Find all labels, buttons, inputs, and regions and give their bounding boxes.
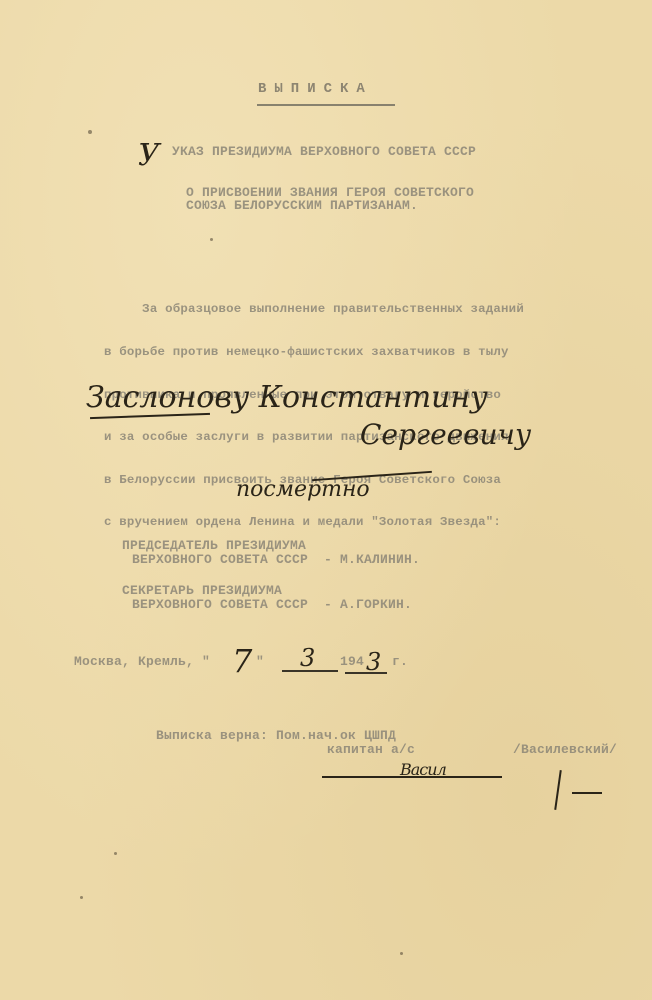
body-line: За образцовое выполнение правительственн…: [104, 302, 524, 316]
certifier-name: /Василевский/: [513, 743, 617, 757]
date-quote-close: ": [256, 655, 264, 669]
decree-subject-line-2: СОЮЗА БЕЛОРУССКИМ ПАРТИЗАНАМ.: [186, 199, 418, 213]
place-label: Москва, Кремль, ": [74, 655, 210, 669]
chairman-signature-line: ВЕРХОВНОГО СОВЕТА СССР - М.КАЛИНИН.: [132, 553, 420, 567]
secretary-title: СЕКРЕТАРЬ ПРЕЗИДИУМА: [122, 584, 282, 598]
date-month-handwritten: 3: [300, 644, 315, 672]
paper-speck: [400, 952, 403, 955]
recipient-first-name: Константину: [259, 380, 488, 415]
body-line: в борьбе против немецко-фашистских захва…: [104, 345, 524, 359]
body-line: с вручением ордена Ленина и медали "Золо…: [104, 515, 524, 529]
year-prefix: 194: [340, 655, 364, 669]
certification-line-1: Выписка верна: Пом.нач.ок ЦШПД: [156, 729, 396, 743]
handwritten-initial-mark: У: [138, 138, 160, 173]
date-day-handwritten: 7: [232, 642, 252, 680]
month-underline: [282, 670, 338, 672]
paper-speck: [80, 896, 83, 899]
paper-speck: [114, 852, 117, 855]
title-underline: [257, 104, 395, 106]
certifier-signature: Васил: [400, 760, 446, 779]
document-title: ВЫПИСКА: [258, 82, 373, 96]
recipient-name-handwritten: Заслонову Константину: [86, 380, 488, 415]
secretary-signature-line: ВЕРХОВНОГО СОВЕТА СССР - А.ГОРКИН.: [132, 598, 412, 612]
certifier-signature-tail: [572, 792, 602, 794]
chairman-title: ПРЕДСЕДАТЕЛЬ ПРЕЗИДИУМА: [122, 539, 306, 553]
recipient-patronymic: Сергеевичу: [360, 418, 531, 451]
decree-heading: УКАЗ ПРЕЗИДИУМА ВЕРХОВНОГО СОВЕТА СССР: [172, 145, 476, 159]
year-suffix: г.: [392, 655, 408, 669]
certification-line-2: капитан а/с: [327, 743, 415, 757]
year-underline: [345, 672, 387, 674]
document-page: ВЫПИСКА У УКАЗ ПРЕЗИДИУМА ВЕРХОВНОГО СОВ…: [0, 0, 652, 1000]
posthumously-note: посмертно: [236, 477, 370, 502]
certifier-signature-flourish: [554, 770, 562, 810]
paper-speck: [210, 238, 213, 241]
paper-speck: [88, 130, 92, 134]
recipient-surname: Заслонову: [86, 380, 249, 415]
